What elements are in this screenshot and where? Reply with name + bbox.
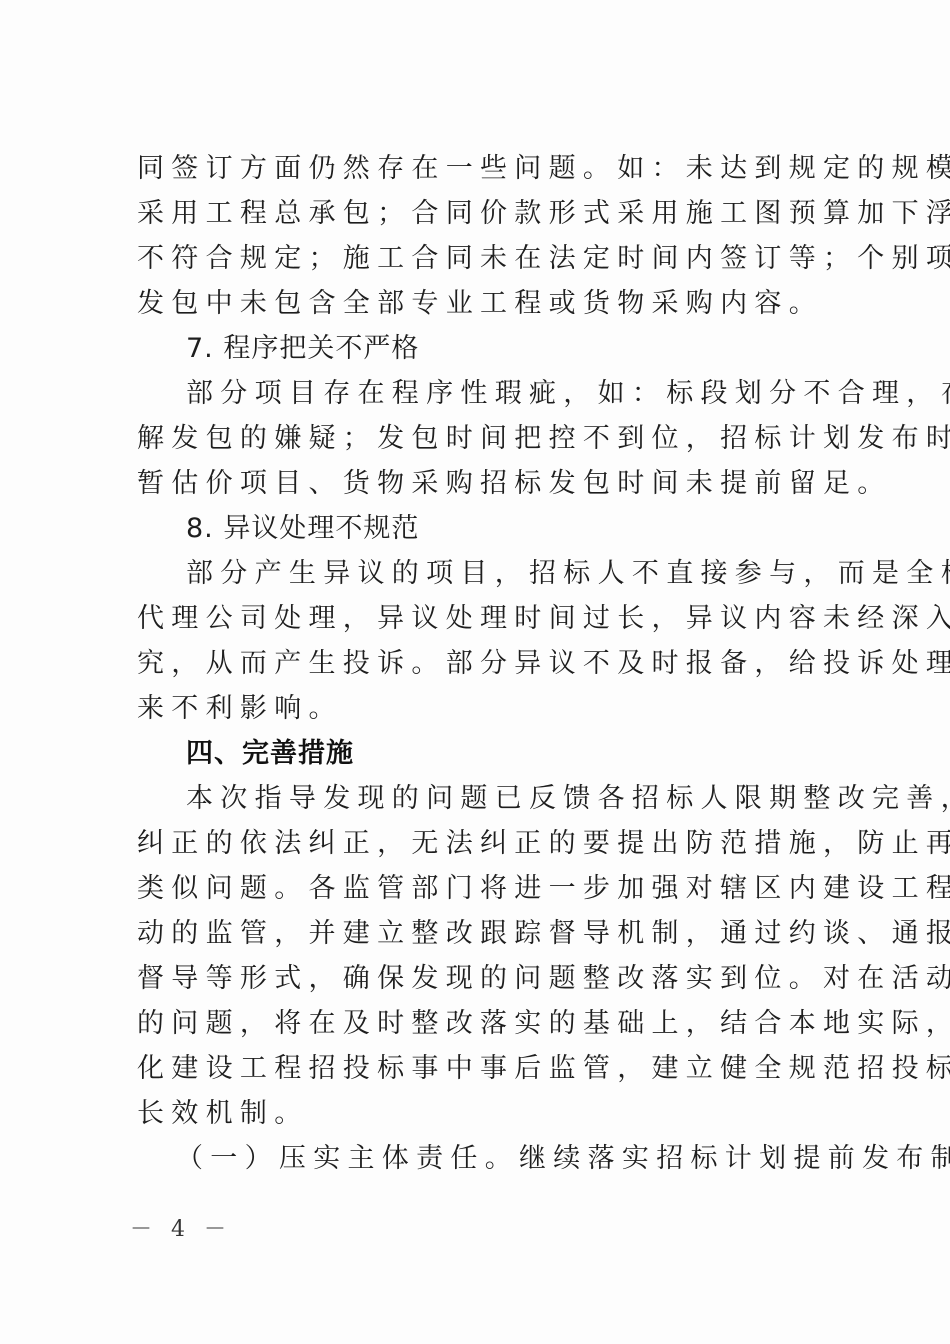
paragraph-line: 不符合规定；施工合同未在法定时间内签订等；个别项目总包 (137, 242, 837, 276)
paragraph-line: 发包中未包含全部专业工程或货物采购内容。 (137, 287, 837, 321)
paragraph-line: 类似问题。各监管部门将进一步加强对辖区内建设工程招标活 (137, 872, 837, 906)
paragraph-line: 督导等形式，确保发现的问题整改落实到位。对在活动中发现 (137, 962, 837, 996)
paragraph-line: 动的监管，并建立整改跟踪督导机制，通过约谈、通报、现场 (137, 917, 837, 951)
paragraph-line: 解发包的嫌疑；发包时间把控不到位，招标计划发布时间不足； (137, 422, 837, 456)
paragraph-line: 暂估价项目、货物采购招标发包时间未提前留足。 (137, 467, 837, 501)
document-page: 同签订方面仍然存在一些问题。如：未达到规定的规模标准而 采用工程总承包；合同价款… (0, 0, 950, 1344)
paragraph-line: 代理公司处理，异议处理时间过长，异议内容未经深入调查研 (137, 602, 837, 636)
paragraph-line: 本次指导发现的问题已反馈各招标人限期整改完善，可以 (186, 782, 886, 816)
section-heading-4: 四、完善措施 (186, 737, 886, 771)
paragraph-line: 化建设工程招投标事中事后监管，建立健全规范招投标活动的 (137, 1052, 837, 1086)
subsection-heading-1: （一）压实主体责任。继续落实招标计划提前发布制度， (176, 1142, 876, 1176)
paragraph-line: 部分项目存在程序性瑕疵，如：标段划分不合理，存在肢 (186, 377, 886, 411)
paragraph-line: 同签订方面仍然存在一些问题。如：未达到规定的规模标准而 (137, 152, 837, 186)
paragraph-line: 究，从而产生投诉。部分异议不及时报备，给投诉处理过程带 (137, 647, 837, 681)
section-heading-8: 8. 异议处理不规范 (186, 512, 886, 546)
section-heading-7: 7. 程序把关不严格 (186, 332, 886, 366)
paragraph-line: 来不利影响。 (137, 692, 837, 726)
page-number: － 4 － (130, 1212, 232, 1243)
paragraph-line: 的问题，将在及时整改落实的基础上，结合本地实际，不断强 (137, 1007, 837, 1041)
paragraph-line: 长效机制。 (137, 1097, 837, 1131)
paragraph-line: 纠正的依法纠正，无法纠正的要提出防范措施，防止再次出现 (137, 827, 837, 861)
paragraph-line: 采用工程总承包；合同价款形式采用施工图预算加下浮率形式， (137, 197, 837, 231)
paragraph-line: 部分产生异议的项目，招标人不直接参与，而是全权委托 (186, 557, 886, 591)
